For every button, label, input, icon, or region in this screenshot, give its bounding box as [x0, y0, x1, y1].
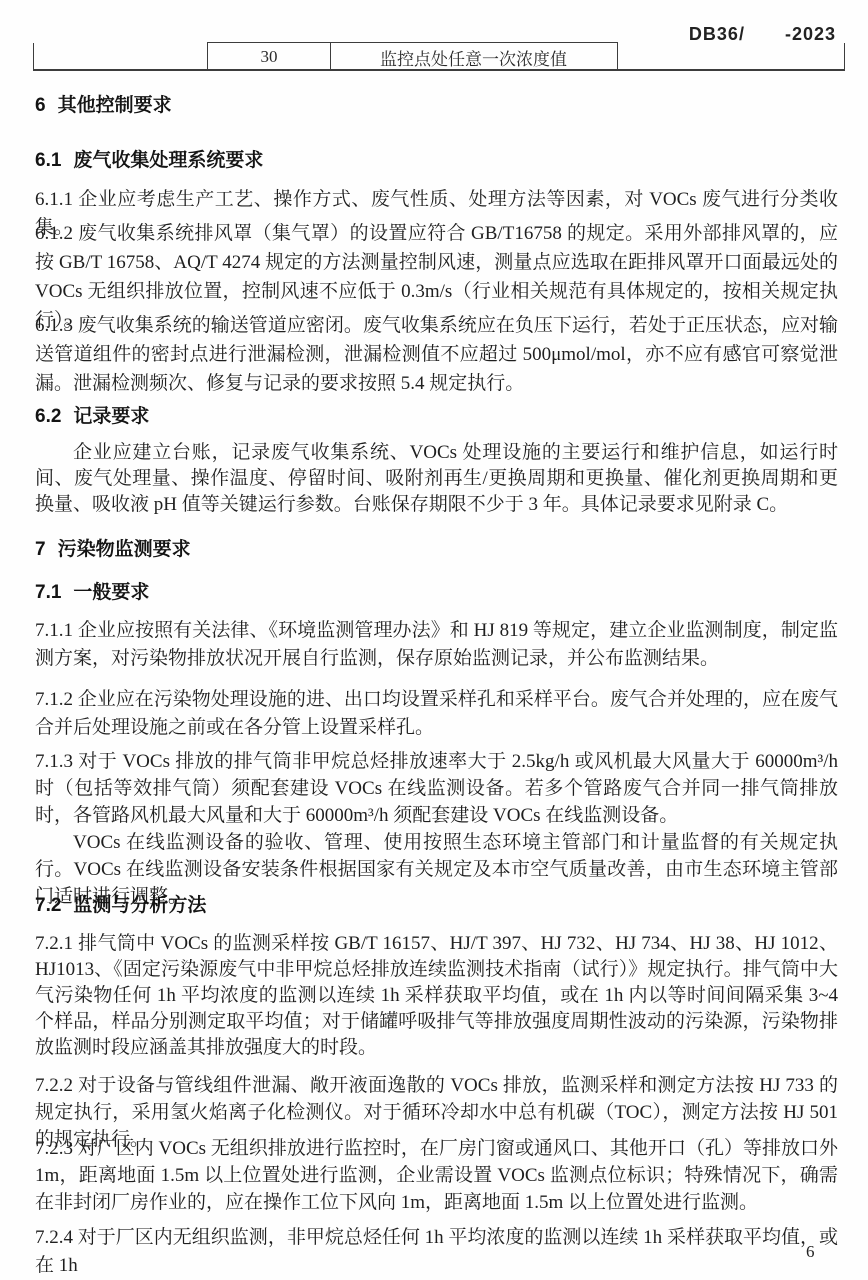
section-7-1-number: 7.1 [35, 582, 61, 603]
table-cell-monitoring-point-label: 监控点处任意一次浓度值 [330, 42, 618, 71]
section-6-heading: 6其他控制要求 [35, 95, 838, 117]
document-code-header: DB36/ -2023 [689, 24, 836, 45]
paragraph-6-2-body: 企业应建立台账，记录废气收集系统、VOCs 处理设施的主要运行和维护信息，如运行… [35, 440, 838, 518]
document-code-year: -2023 [785, 24, 836, 45]
paragraph-6-1-3: 6.1.3 废气收集系统的输送管道应密闭。废气收集系统应在负压下运行，若处于正压… [35, 311, 838, 398]
document-code-prefix: DB36/ [689, 24, 745, 45]
section-7-heading: 7污染物监测要求 [35, 539, 838, 561]
section-6-1-title: 废气收集处理系统要求 [73, 150, 263, 171]
section-7-1-heading: 7.1一般要求 [35, 582, 838, 604]
paragraph-7-2-3: 7.2.3 对厂区内 VOCs 无组织排放进行监控时，在厂房门窗或通风口、其他开… [35, 1135, 838, 1216]
section-6-1-heading: 6.1废气收集处理系统要求 [35, 150, 838, 172]
page-number: 6 [806, 1242, 815, 1262]
paragraph-7-1-3: 7.1.3 对于 VOCs 排放的排气筒非甲烷总烃排放速率大于 2.5kg/h … [35, 748, 838, 829]
section-6-1-number: 6.1 [35, 150, 61, 171]
section-7-1-title: 一般要求 [73, 582, 149, 603]
section-6-title: 其他控制要求 [58, 95, 172, 116]
paragraph-7-2-4: 7.2.4 对于厂区内无组织监测，非甲烷总烃任何 1h 平均浓度的监测以连续 1… [35, 1224, 838, 1280]
table-fragment-continuation: 30 监控点处任意一次浓度值 [33, 43, 845, 71]
section-6-2-heading: 6.2记录要求 [35, 406, 838, 428]
paragraph-7-1-2: 7.1.2 企业应在污染物处理设施的进、出口均设置采样孔和采样平台。废气合并处理… [35, 686, 838, 742]
section-6-2-number: 6.2 [35, 406, 61, 427]
section-7-2-number: 7.2 [35, 895, 61, 916]
paragraph-7-1-1: 7.1.1 企业应按照有关法律、《环境监测管理办法》和 HJ 819 等规定，建… [35, 617, 838, 673]
section-6-number: 6 [35, 95, 46, 116]
document-page: DB36/ -2023 30 监控点处任意一次浓度值 6其他控制要求 6.1废气… [0, 0, 868, 1280]
section-6-2-title: 记录要求 [73, 406, 149, 427]
section-7-2-title: 监测与分析方法 [73, 895, 206, 916]
section-7-title: 污染物监测要求 [58, 539, 191, 560]
table-cell-limit-value: 30 [207, 42, 331, 71]
paragraph-7-2-1: 7.2.1 排气筒中 VOCs 的监测采样按 GB/T 16157、HJ/T 3… [35, 931, 838, 1061]
section-7-number: 7 [35, 539, 46, 560]
section-7-2-heading: 7.2监测与分析方法 [35, 895, 838, 917]
